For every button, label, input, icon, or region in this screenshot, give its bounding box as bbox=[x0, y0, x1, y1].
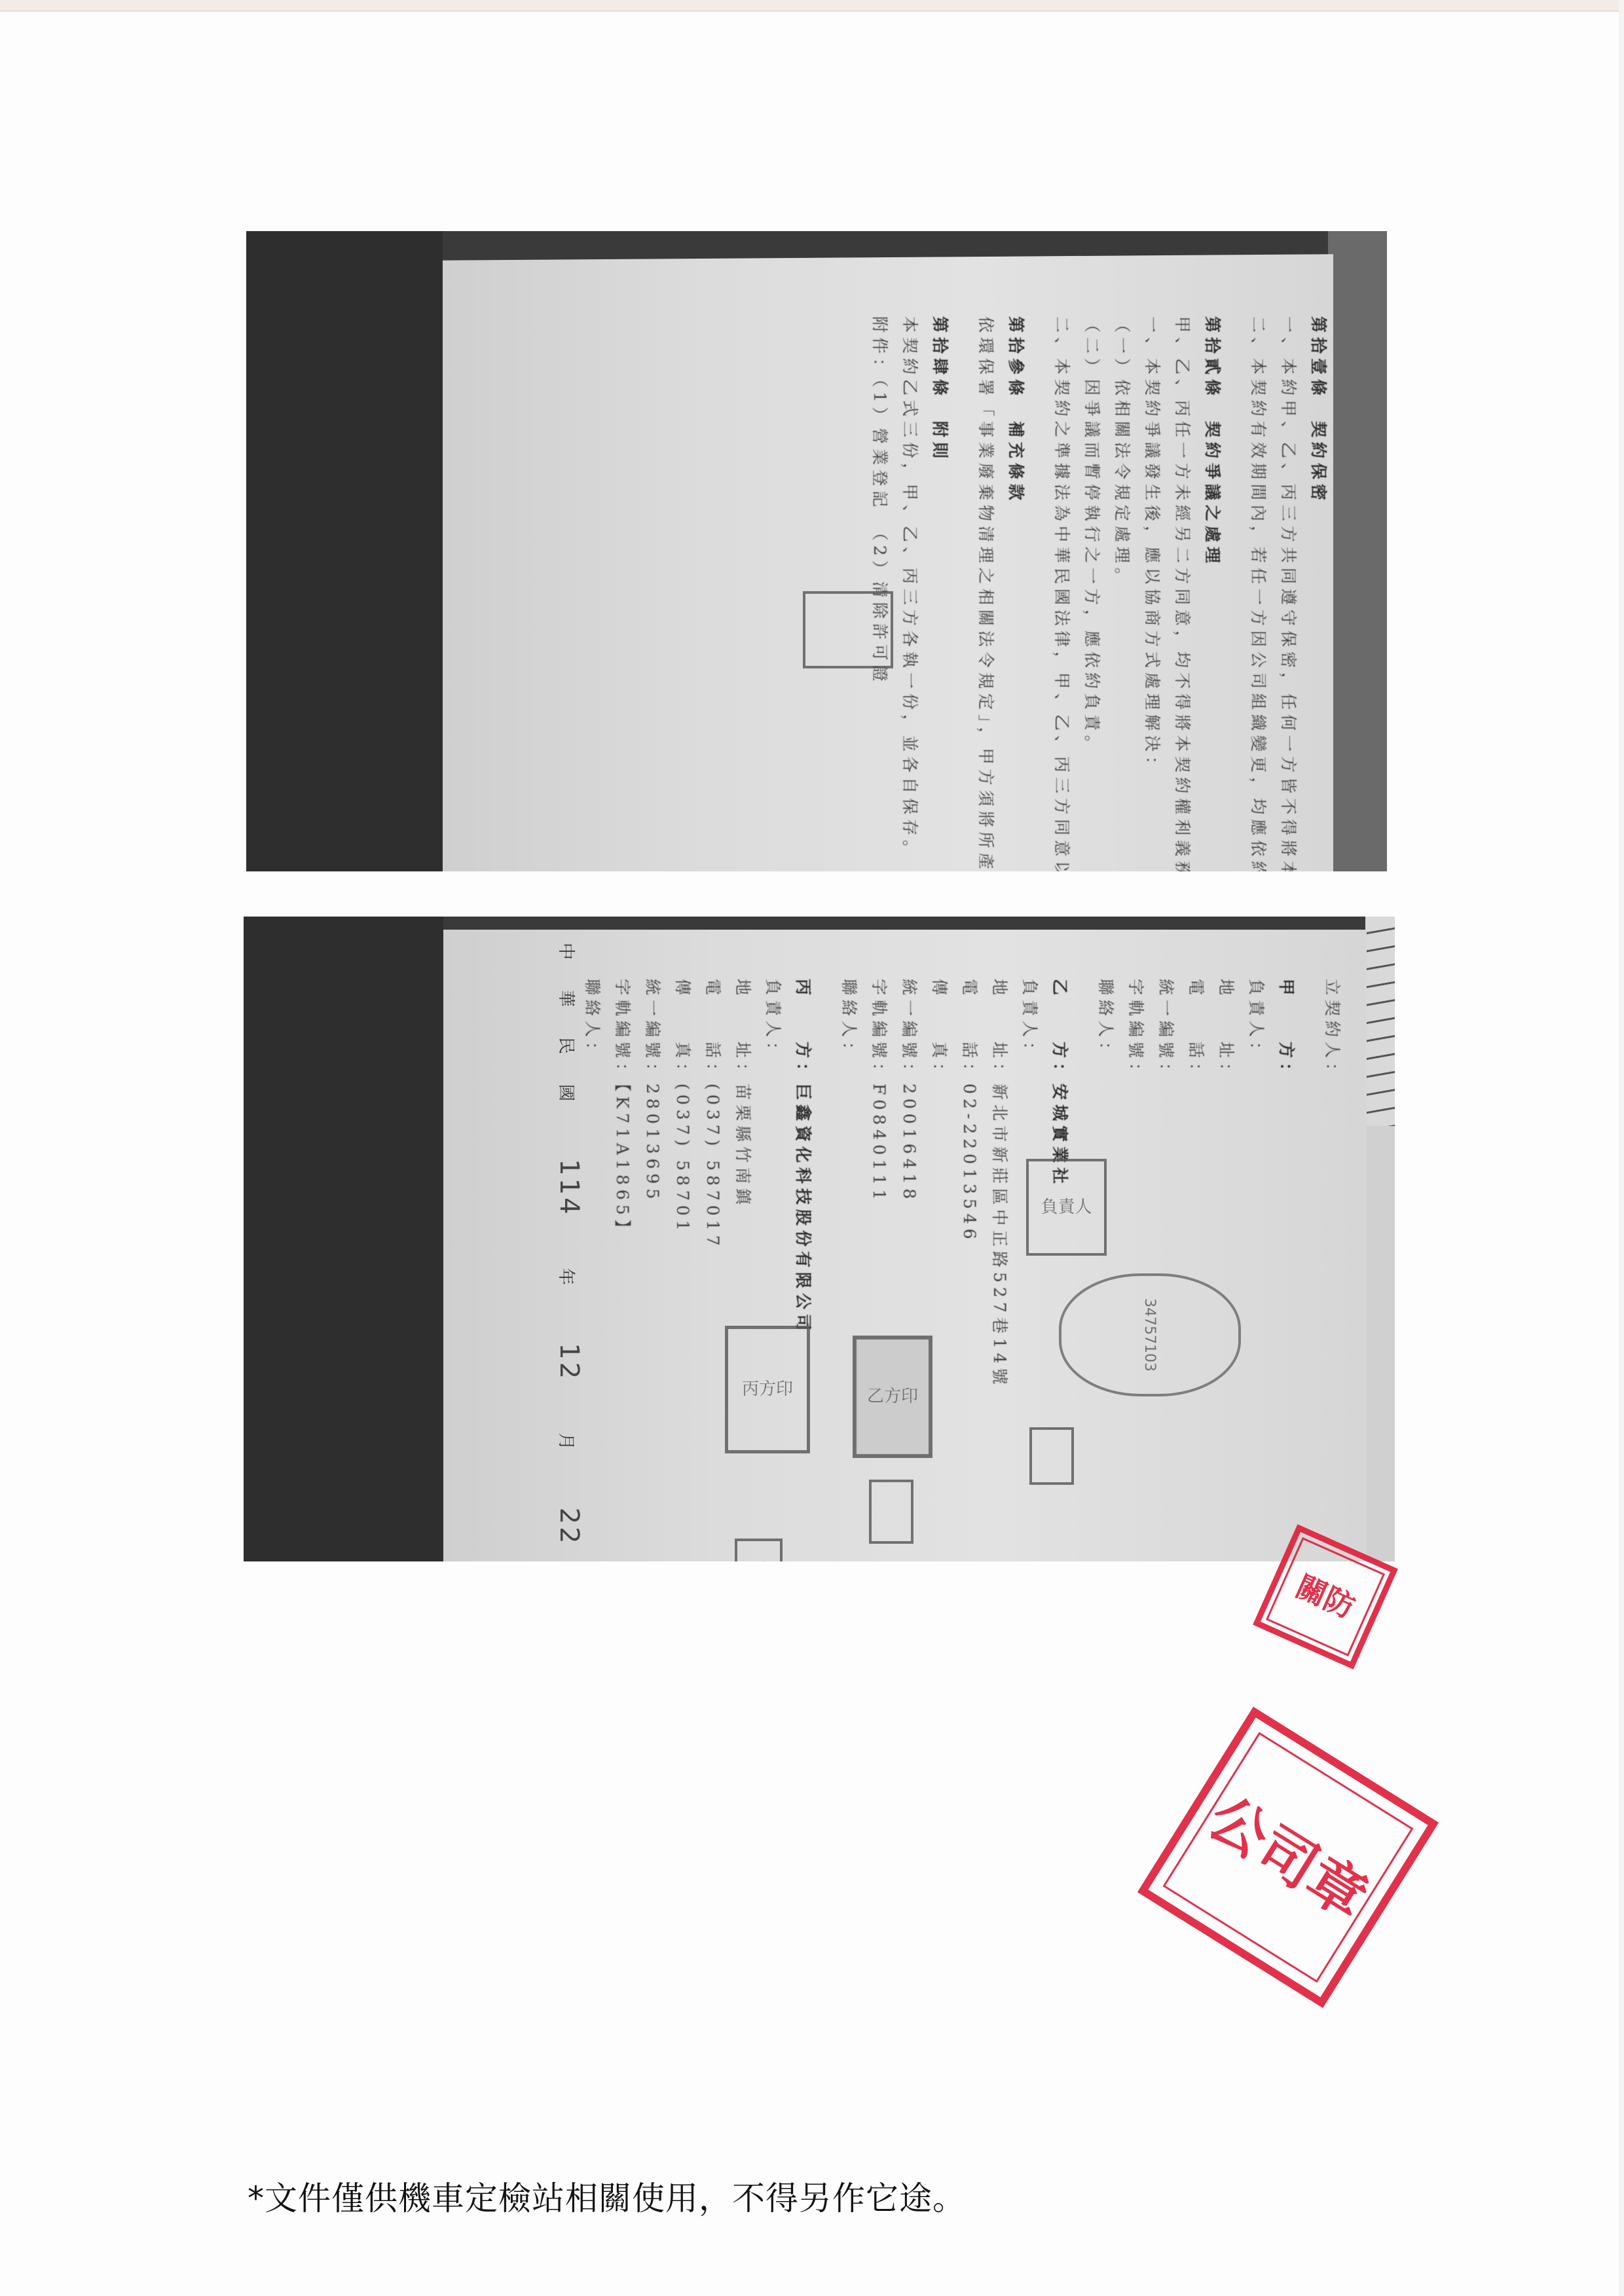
party-b-small-stamp bbox=[869, 1480, 913, 1544]
contract-clauses-text: 第拾壹條 契約保密一、本約甲、乙、丙三方共同遵守保密，任何一方皆不得將本契約內容… bbox=[864, 316, 1333, 871]
party-field: 字軌編號：F0840111 bbox=[864, 979, 894, 1389]
photo-dark-background bbox=[246, 231, 443, 871]
signatories-label: 立契約人： bbox=[1317, 979, 1347, 1389]
party-label: 甲 方： bbox=[1271, 979, 1301, 1389]
party-field: 負責人： bbox=[1241, 979, 1271, 1389]
clause-line: 二、本契約之準據法為中華民國法律，甲、乙、丙三方同意以台灣台北地方法院為第一審管… bbox=[1046, 316, 1077, 871]
date-month: 12 bbox=[554, 1343, 584, 1381]
clause-line: （一）依相關法令規定處理。 bbox=[1107, 316, 1137, 871]
party-field: 統一編號：28013695 bbox=[637, 979, 667, 1389]
spacer bbox=[1227, 316, 1243, 871]
clause-heading: 第拾貳條 契約爭議之處理 bbox=[1197, 316, 1227, 871]
clause-line: 依環保署「事業廢棄物清理之相關法令規定」，甲方須將所產生之廢棄物交由合格廠商處理… bbox=[970, 316, 1001, 871]
party-field: 傳 真：(037) 58701 bbox=[667, 979, 697, 1389]
party-field: 傳 真： bbox=[924, 979, 954, 1389]
spacer bbox=[1031, 316, 1046, 871]
date-day: 22 bbox=[554, 1508, 584, 1546]
spacer bbox=[955, 316, 970, 871]
clause-heading: 第拾參條 補充條款 bbox=[1001, 316, 1031, 871]
usage-disclaimer: *文件僅供機車定檢站相關使用，不得另作它途。 bbox=[248, 2172, 966, 2219]
clause-line: （二）因爭議而暫停執行之一方，應依約負責。 bbox=[1077, 316, 1107, 871]
party-field: 聯絡人： bbox=[834, 979, 864, 1389]
party-field: 電 話：02-22013546 bbox=[954, 979, 984, 1389]
scan-top-edge bbox=[0, 0, 1624, 12]
photo-right-background bbox=[1328, 231, 1387, 871]
round-company-stamp: 34757103 bbox=[1059, 1273, 1241, 1396]
party-a-square-stamp: 負責人 bbox=[1026, 1159, 1107, 1256]
red-seal-large: 公司章 bbox=[1137, 1707, 1439, 2008]
clause-line: 甲、乙、丙任一方未經另二方同意，均不得將本契約權利義務轉讓予第三者。 bbox=[1167, 316, 1197, 871]
party-c-small-stamp: 正 bbox=[735, 1539, 783, 1561]
scan-right-edge bbox=[1619, 0, 1624, 2296]
party-field: 統一編號：20016418 bbox=[894, 979, 924, 1389]
party-c-square-stamp: 丙方印 bbox=[725, 1326, 810, 1453]
faint-seal-stamp bbox=[803, 591, 893, 668]
party-b-square-stamp: 乙方印 bbox=[853, 1336, 932, 1458]
clause-line: 一、本約甲、乙、丙三方共同遵守保密，任何一方皆不得將本契約內容洩漏予第三者。 bbox=[1273, 316, 1303, 871]
clause-heading: 第拾肆條 附則 bbox=[925, 316, 955, 871]
photo-dark-background bbox=[244, 917, 443, 1561]
clause-heading: 第拾壹條 契約保密 bbox=[1303, 316, 1333, 871]
clause-line: 二、本契約有效期間內，若任一方因公司組織變更，均應依約承受。 bbox=[1243, 316, 1273, 871]
party-field: 電 話：(037) 587017 bbox=[697, 979, 728, 1389]
contract-photo-clauses: 第拾壹條 契約保密一、本約甲、乙、丙三方共同遵守保密，任何一方皆不得將本契約內容… bbox=[246, 231, 1387, 871]
ledger-paper-edge bbox=[1365, 917, 1395, 1126]
clause-line: 一、本契約爭議發生後，應以協商方式處理解決： bbox=[1137, 316, 1167, 871]
date-year: 114 bbox=[554, 1159, 584, 1216]
small-seal-stamp bbox=[1029, 1427, 1074, 1485]
party-field: 字軌編號：【K71A1865】 bbox=[607, 979, 637, 1389]
signing-date: 中 華 民 國 114 年 12 月 22 日 bbox=[554, 943, 584, 1561]
party-field: 地 址：新北市新莊區中正路527巷14號 bbox=[984, 979, 1014, 1389]
clause-line: 本契約乙式三份，甲、乙、丙三方各執一份，並各自保存。 bbox=[895, 316, 925, 871]
contract-photo-signatures: 立契約人： 甲 方：負責人：地 址：電 話：統一編號：字軌編號：聯絡人： 乙 方… bbox=[244, 917, 1395, 1561]
